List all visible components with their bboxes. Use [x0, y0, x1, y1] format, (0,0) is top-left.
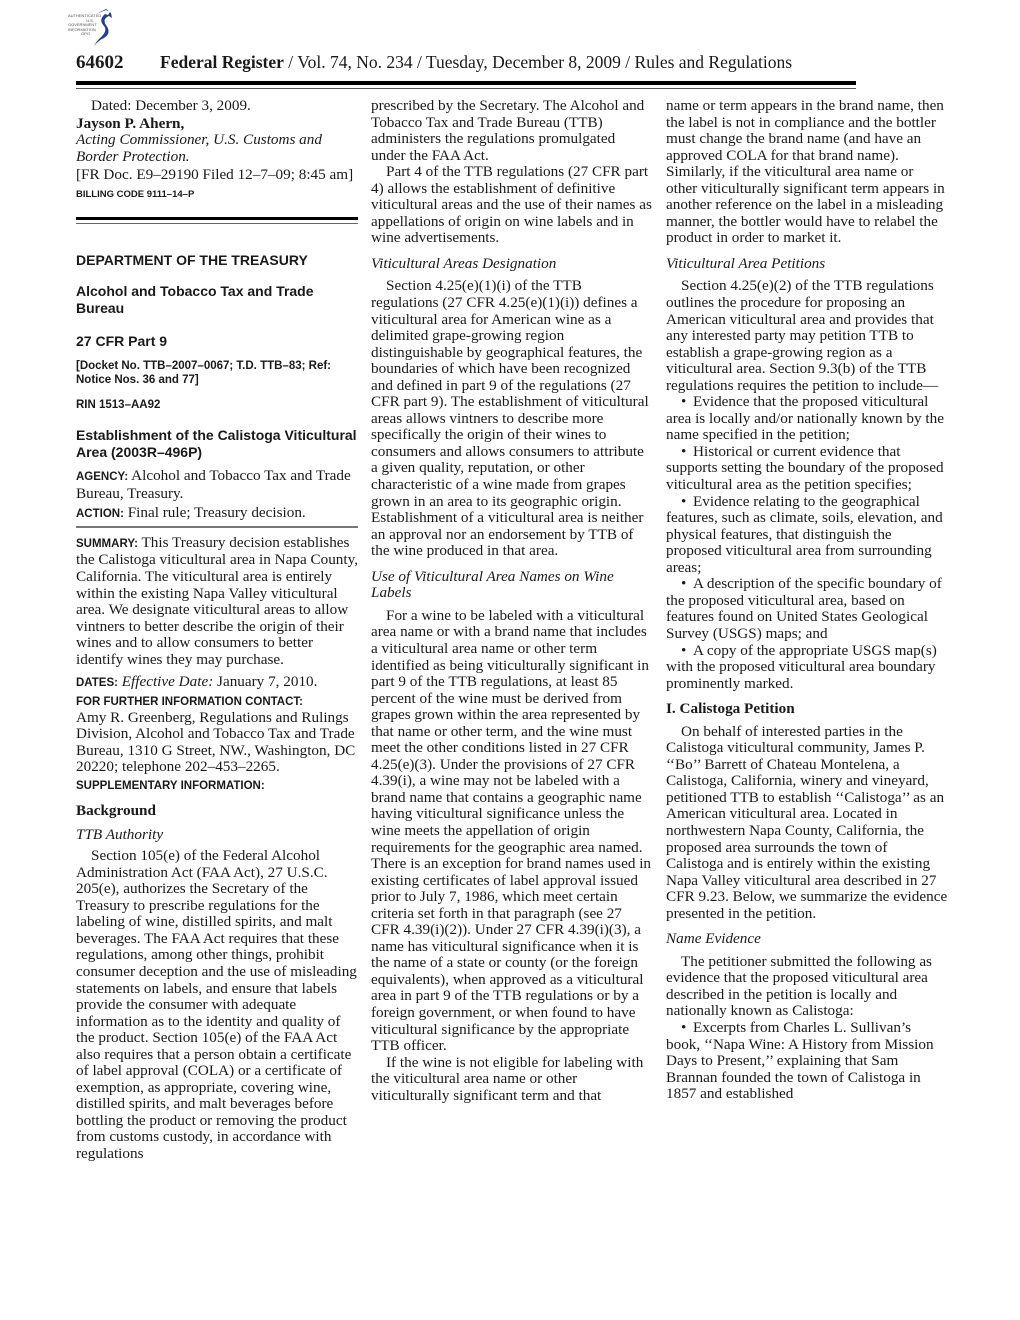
- eagle-icon: [90, 8, 116, 48]
- list-item: A copy of the appropriate USGS map(s) wi…: [666, 643, 948, 693]
- signer-name: Jayson P. Ahern,: [76, 116, 358, 133]
- action-field: ACTION: Final rule; Treasury decision.: [76, 505, 358, 523]
- cfr-part-heading: 27 CFR Part 9: [76, 333, 358, 350]
- rule-title: Establishment of the Calistoga Viticultu…: [76, 427, 358, 461]
- issue-info: / Vol. 74, No. 234 / Tuesday, December 8…: [284, 52, 792, 72]
- fr-doc-line: [FR Doc. E9–29190 Filed 12–7–09; 8:45 am…: [76, 167, 358, 184]
- paragraph: If the wine is not eligible for labeling…: [371, 1055, 653, 1105]
- publication-name: Federal Register: [160, 52, 284, 72]
- agency-label: AGENCY:: [76, 471, 128, 483]
- rin-number: RIN 1513–AA92: [76, 398, 358, 412]
- dates-field: DATES: Effective Date: January 7, 2010.: [76, 674, 358, 692]
- summary-field: SUMMARY: This Treasury decision establis…: [76, 535, 358, 668]
- column-3: name or term appears in the brand name, …: [666, 98, 948, 1103]
- column-2: prescribed by the Secretary. The Alcohol…: [371, 98, 653, 1104]
- column-1: Dated: December 3, 2009. Jayson P. Ahern…: [76, 98, 358, 1163]
- paragraph: On behalf of interested parties in the C…: [666, 724, 948, 923]
- section-divider: [76, 217, 358, 224]
- name-evidence-heading: Name Evidence: [666, 931, 948, 948]
- docket-number: [Docket No. TTB–2007–0067; T.D. TTB–83; …: [76, 359, 358, 387]
- paragraph: name or term appears in the brand name, …: [666, 98, 948, 247]
- header-rule-thin: [76, 88, 856, 89]
- list-item: Excerpts from Charles L. Sullivan’s book…: [666, 1020, 948, 1103]
- use-heading: Use of Viticultural Area Names on Wine L…: [371, 569, 653, 602]
- contact-label: FOR FURTHER INFORMATION CONTACT:: [76, 695, 358, 710]
- paragraph: For a wine to be labeled with a viticult…: [371, 608, 653, 1055]
- agency-field: AGENCY: Alcohol and Tobacco Tax and Trad…: [76, 468, 358, 502]
- department-heading: DEPARTMENT OF THE TREASURY: [76, 252, 358, 269]
- gpo-authenticated-logo: AUTHENTICATED U.S. GOVERNMENT INFORMATIO…: [68, 8, 120, 48]
- dates-italic: Effective Date:: [118, 673, 213, 690]
- supplementary-label: SUPPLEMENTARY INFORMATION:: [76, 779, 358, 794]
- summary-label: SUMMARY:: [76, 538, 138, 550]
- masthead: Federal Register / Vol. 74, No. 234 / Tu…: [160, 52, 792, 73]
- summary-divider: [76, 526, 358, 528]
- paragraph: The petitioner submitted the following a…: [666, 954, 948, 1020]
- petition-heading: I. Calistoga Petition: [666, 701, 948, 718]
- petitions-heading: Viticultural Area Petitions: [666, 256, 948, 273]
- header-rule-thick: [76, 81, 856, 85]
- paragraph: Section 4.25(e)(2) of the TTB regulation…: [666, 278, 948, 394]
- paragraph: Section 4.25(e)(1)(i) of the TTB regulat…: [371, 278, 653, 559]
- billing-code: BILLING CODE 9111–14–P: [76, 187, 358, 204]
- signer-title: Acting Commissioner, U.S. Customs and Bo…: [76, 132, 358, 165]
- dates-text: January 7, 2010.: [213, 673, 317, 690]
- ttb-authority-heading: TTB Authority: [76, 827, 358, 844]
- dated-line: Dated: December 3, 2009.: [76, 98, 358, 115]
- action-label: ACTION:: [76, 508, 124, 520]
- designation-heading: Viticultural Areas Designation: [371, 256, 653, 273]
- page-number: 64602: [76, 52, 160, 74]
- paragraph: Part 4 of the TTB regulations (27 CFR pa…: [371, 164, 653, 247]
- action-text: Final rule; Treasury decision.: [124, 504, 306, 521]
- agency-heading: Alcohol and Tobacco Tax and Trade Bureau: [76, 283, 358, 317]
- background-heading: Background: [76, 803, 358, 820]
- list-item: A description of the specific boundary o…: [666, 576, 948, 642]
- page-header: 64602 Federal Register / Vol. 74, No. 23…: [76, 52, 856, 78]
- contact-text: Amy R. Greenberg, Regulations and Ruling…: [76, 710, 358, 776]
- paragraph: prescribed by the Secretary. The Alcohol…: [371, 98, 653, 164]
- list-item: Evidence that the proposed viticultural …: [666, 394, 948, 444]
- list-item: Evidence relating to the geographical fe…: [666, 494, 948, 577]
- dates-label: DATES:: [76, 677, 118, 689]
- ttb-authority-paragraph: Section 105(e) of the Federal Alcohol Ad…: [76, 848, 358, 1162]
- list-item: Historical or current evidence that supp…: [666, 444, 948, 494]
- summary-text: This Treasury decision establishes the C…: [76, 534, 358, 668]
